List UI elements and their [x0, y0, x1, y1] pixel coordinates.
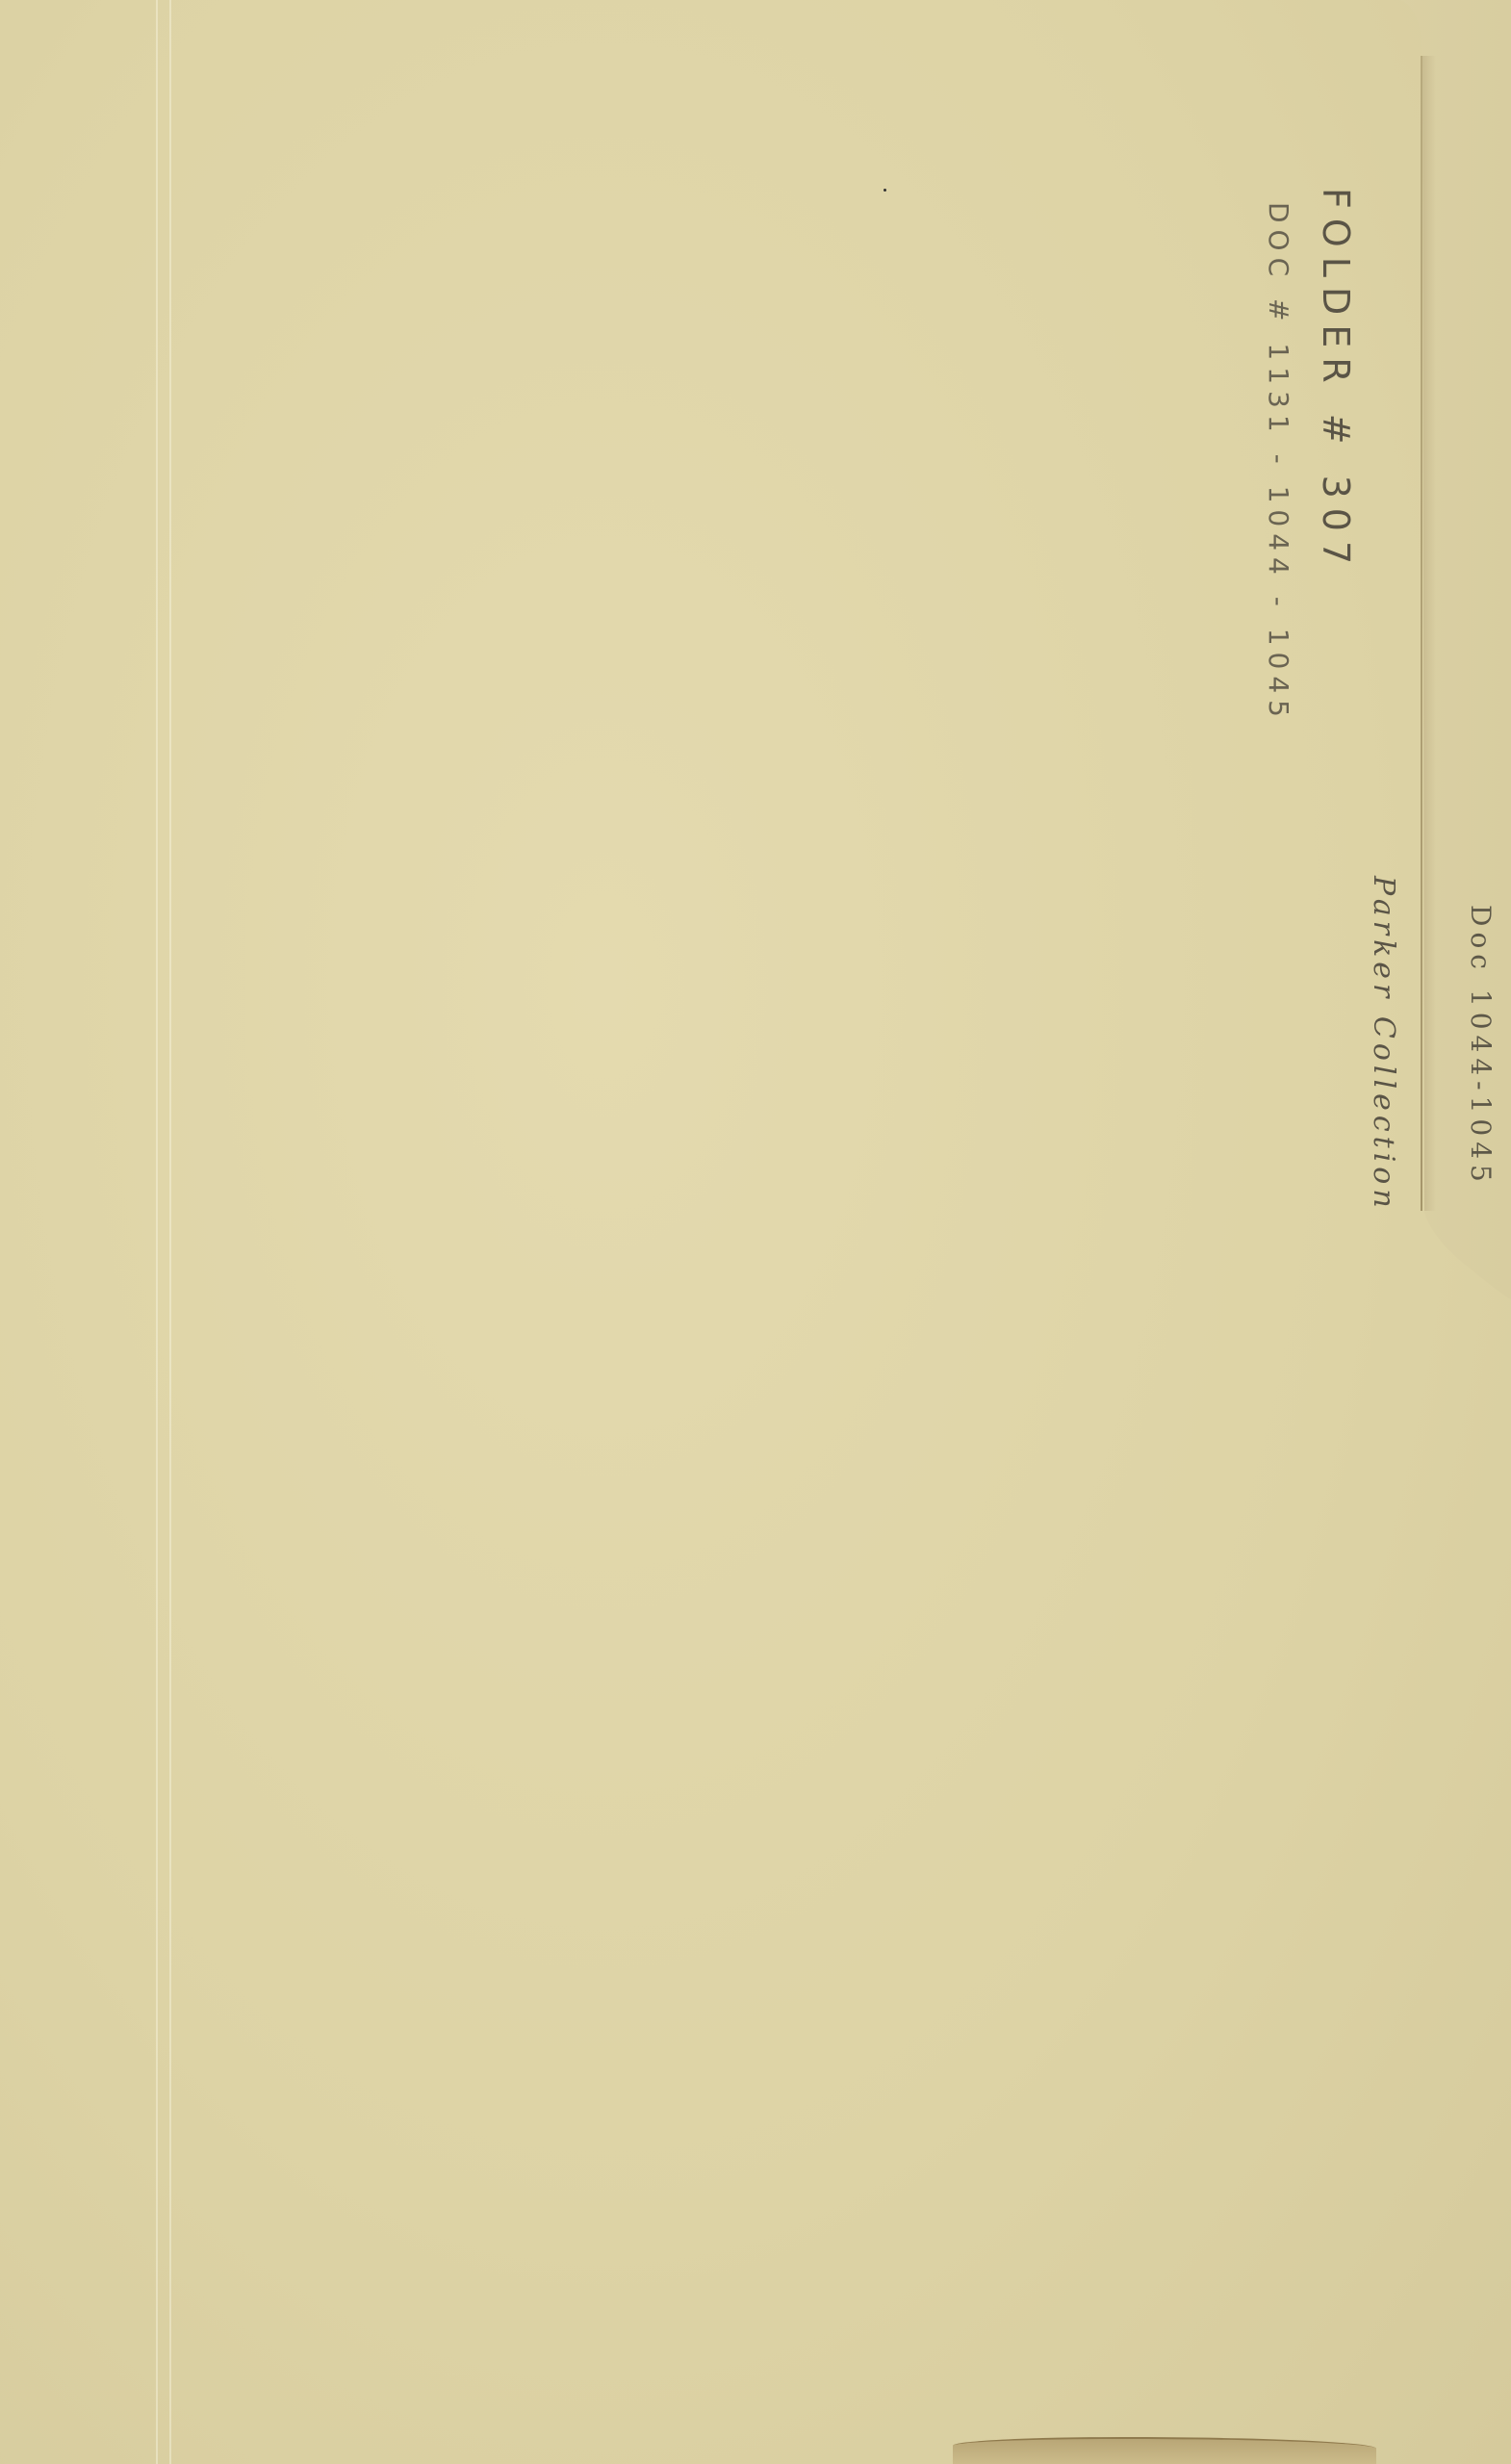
tab-doc-label: Doc 1044-1045: [1465, 905, 1497, 1188]
folder-crease: [156, 0, 158, 2464]
folder-number-label: FOLDER # 307: [1315, 188, 1357, 574]
folder-crease: [169, 0, 171, 2464]
collection-label: Parker Collection: [1367, 876, 1400, 1213]
bottom-edge-wear: [953, 2437, 1376, 2464]
folder-tab-edge: [1421, 56, 1422, 1211]
speck: [884, 189, 886, 192]
tab-shadow: [1422, 56, 1436, 1211]
doc-number-label: DOC # 1131 - 1044 - 1045: [1263, 202, 1294, 724]
